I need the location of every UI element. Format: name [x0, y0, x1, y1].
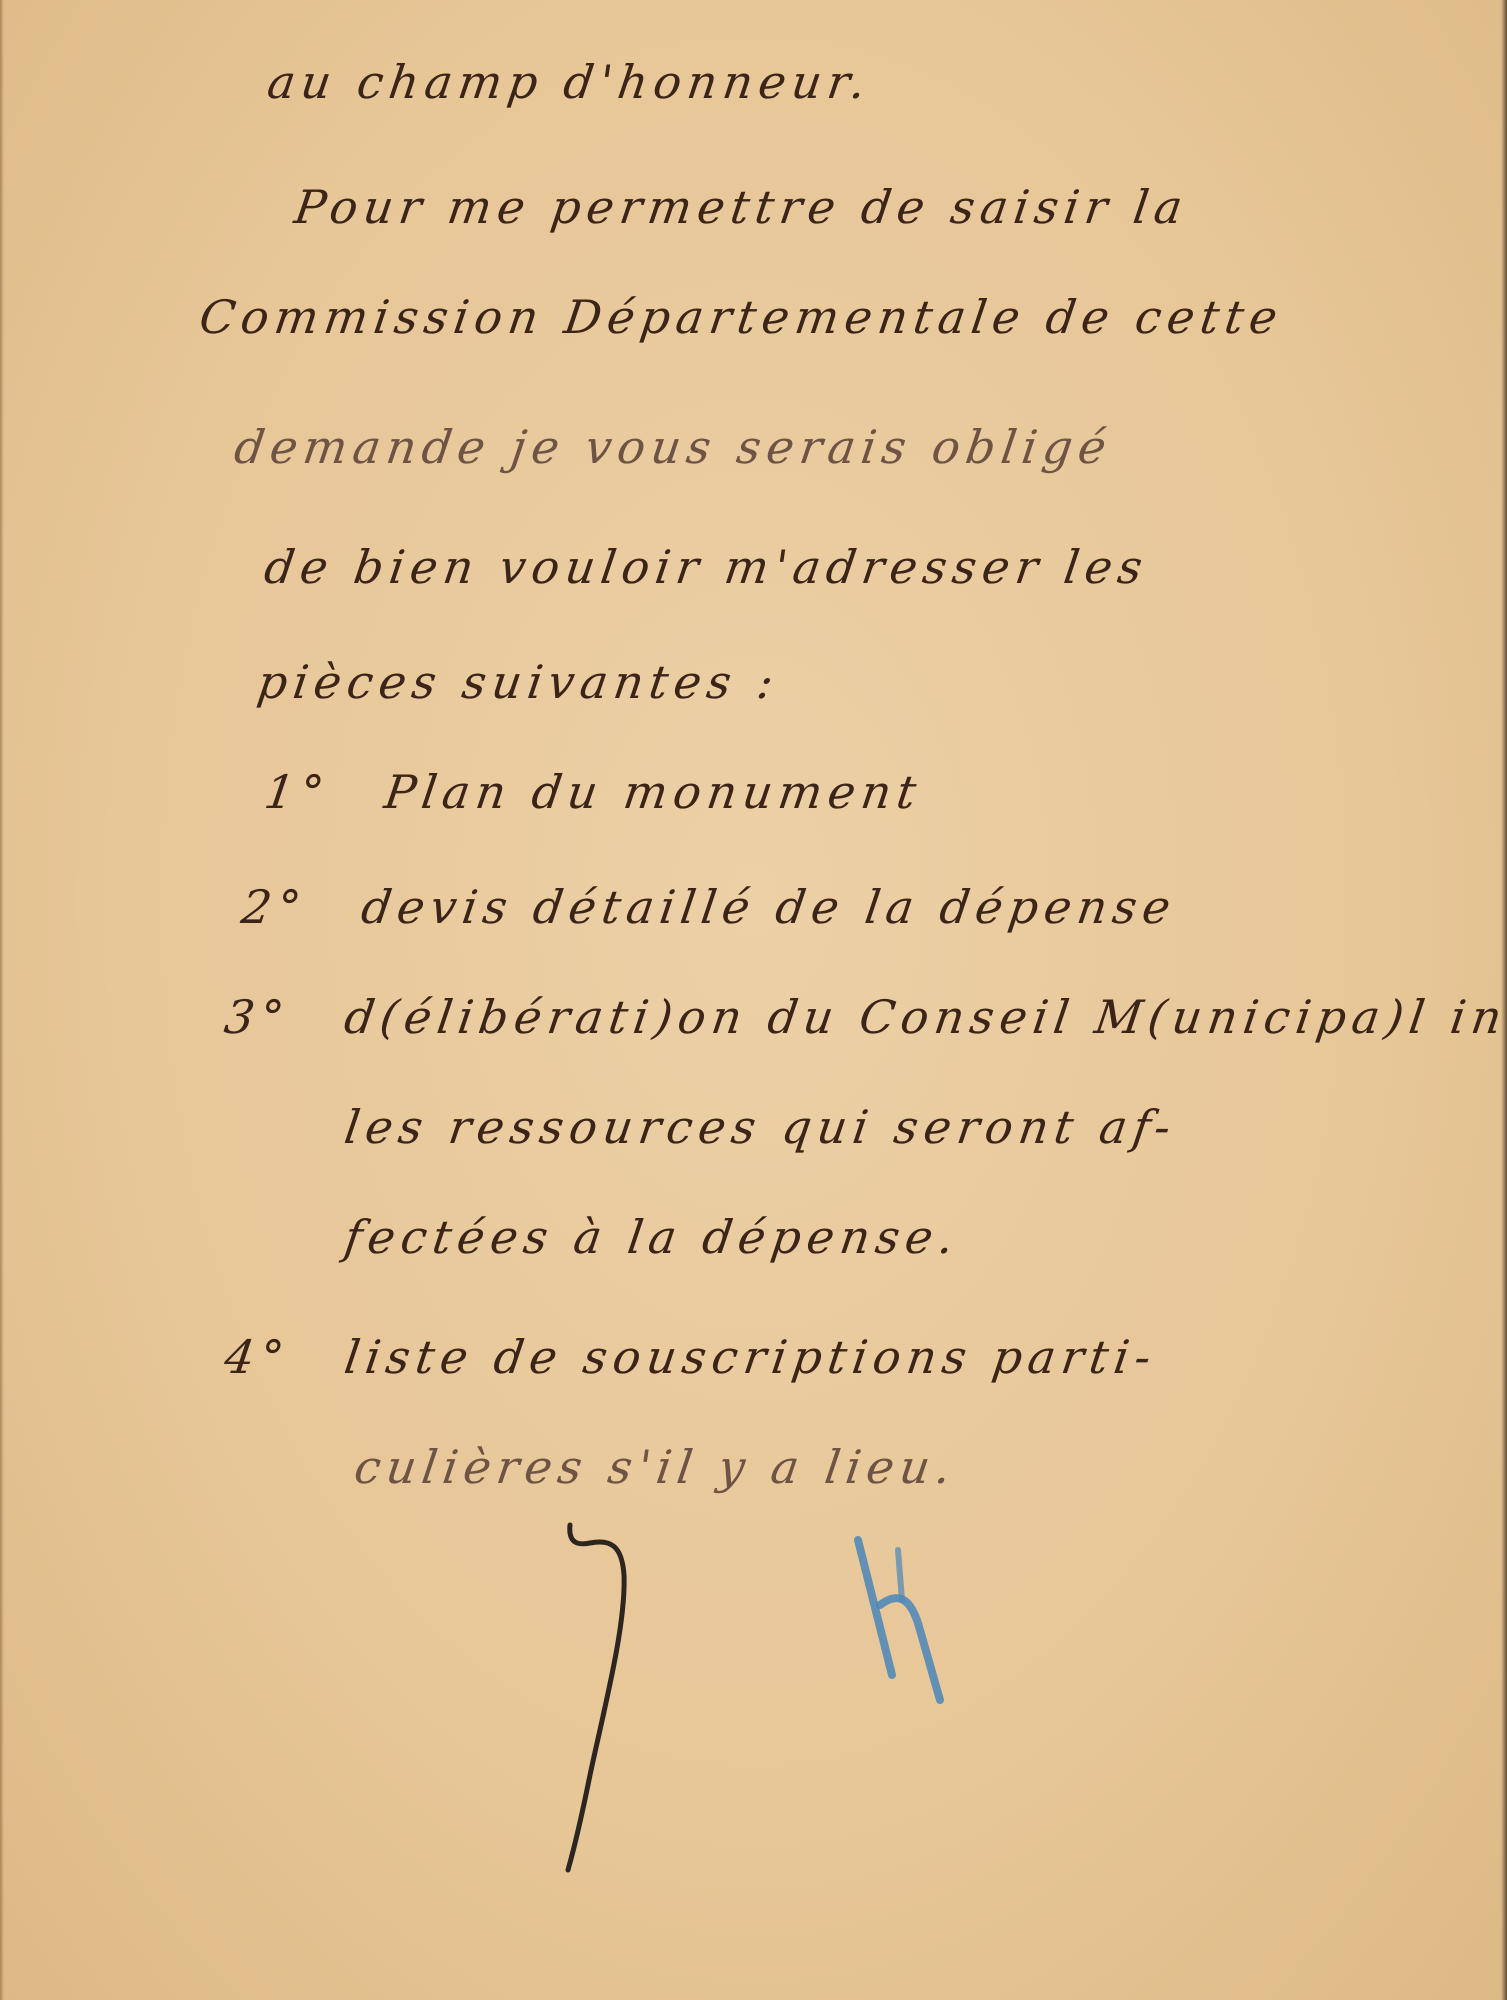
text-line-6: pièces suivantes : [254, 655, 783, 709]
list-item-3-cont-1: les ressources qui seront af- [341, 1100, 1180, 1154]
paper-left-edge [0, 0, 4, 2000]
list-item-1: 1°Plan du monument [261, 765, 925, 819]
text-line-4: demande je vous serais obligé [231, 420, 1115, 474]
list-number: 3° [221, 990, 349, 1044]
text-line-1: au champ d'honneur. [264, 55, 875, 109]
list-text: liste de souscriptions parti- [341, 1330, 1160, 1384]
signature-flourish-icon [560, 1515, 680, 1875]
text-line-3: Commission Départementale de cette [196, 290, 1286, 344]
list-item-3-cont-2: fectées à la dépense. [341, 1210, 963, 1264]
list-text: devis détaillé de la dépense [358, 880, 1180, 934]
list-text: d(élibérati)on du Conseil M(unicipa)l in… [341, 990, 1507, 1044]
list-number: 4° [221, 1330, 349, 1384]
list-text: Plan du monument [381, 765, 925, 819]
blue-pencil-mark-icon [840, 1530, 960, 1710]
text-line-2: Pour me permettre de saisir la [291, 180, 1191, 234]
list-number: 1° [261, 765, 389, 819]
list-item-2: 2°devis détaillé de la dépense [238, 880, 1180, 934]
list-item-4: 4°liste de souscriptions parti- [221, 1330, 1160, 1384]
text-line-5: de bien vouloir m'adresser les [261, 540, 1151, 594]
list-number: 2° [238, 880, 366, 934]
list-item-3: 3°d(élibérati)on du Conseil M(unicipa)l … [221, 990, 1507, 1044]
list-item-4-cont: culières s'il y a lieu. [351, 1440, 960, 1494]
